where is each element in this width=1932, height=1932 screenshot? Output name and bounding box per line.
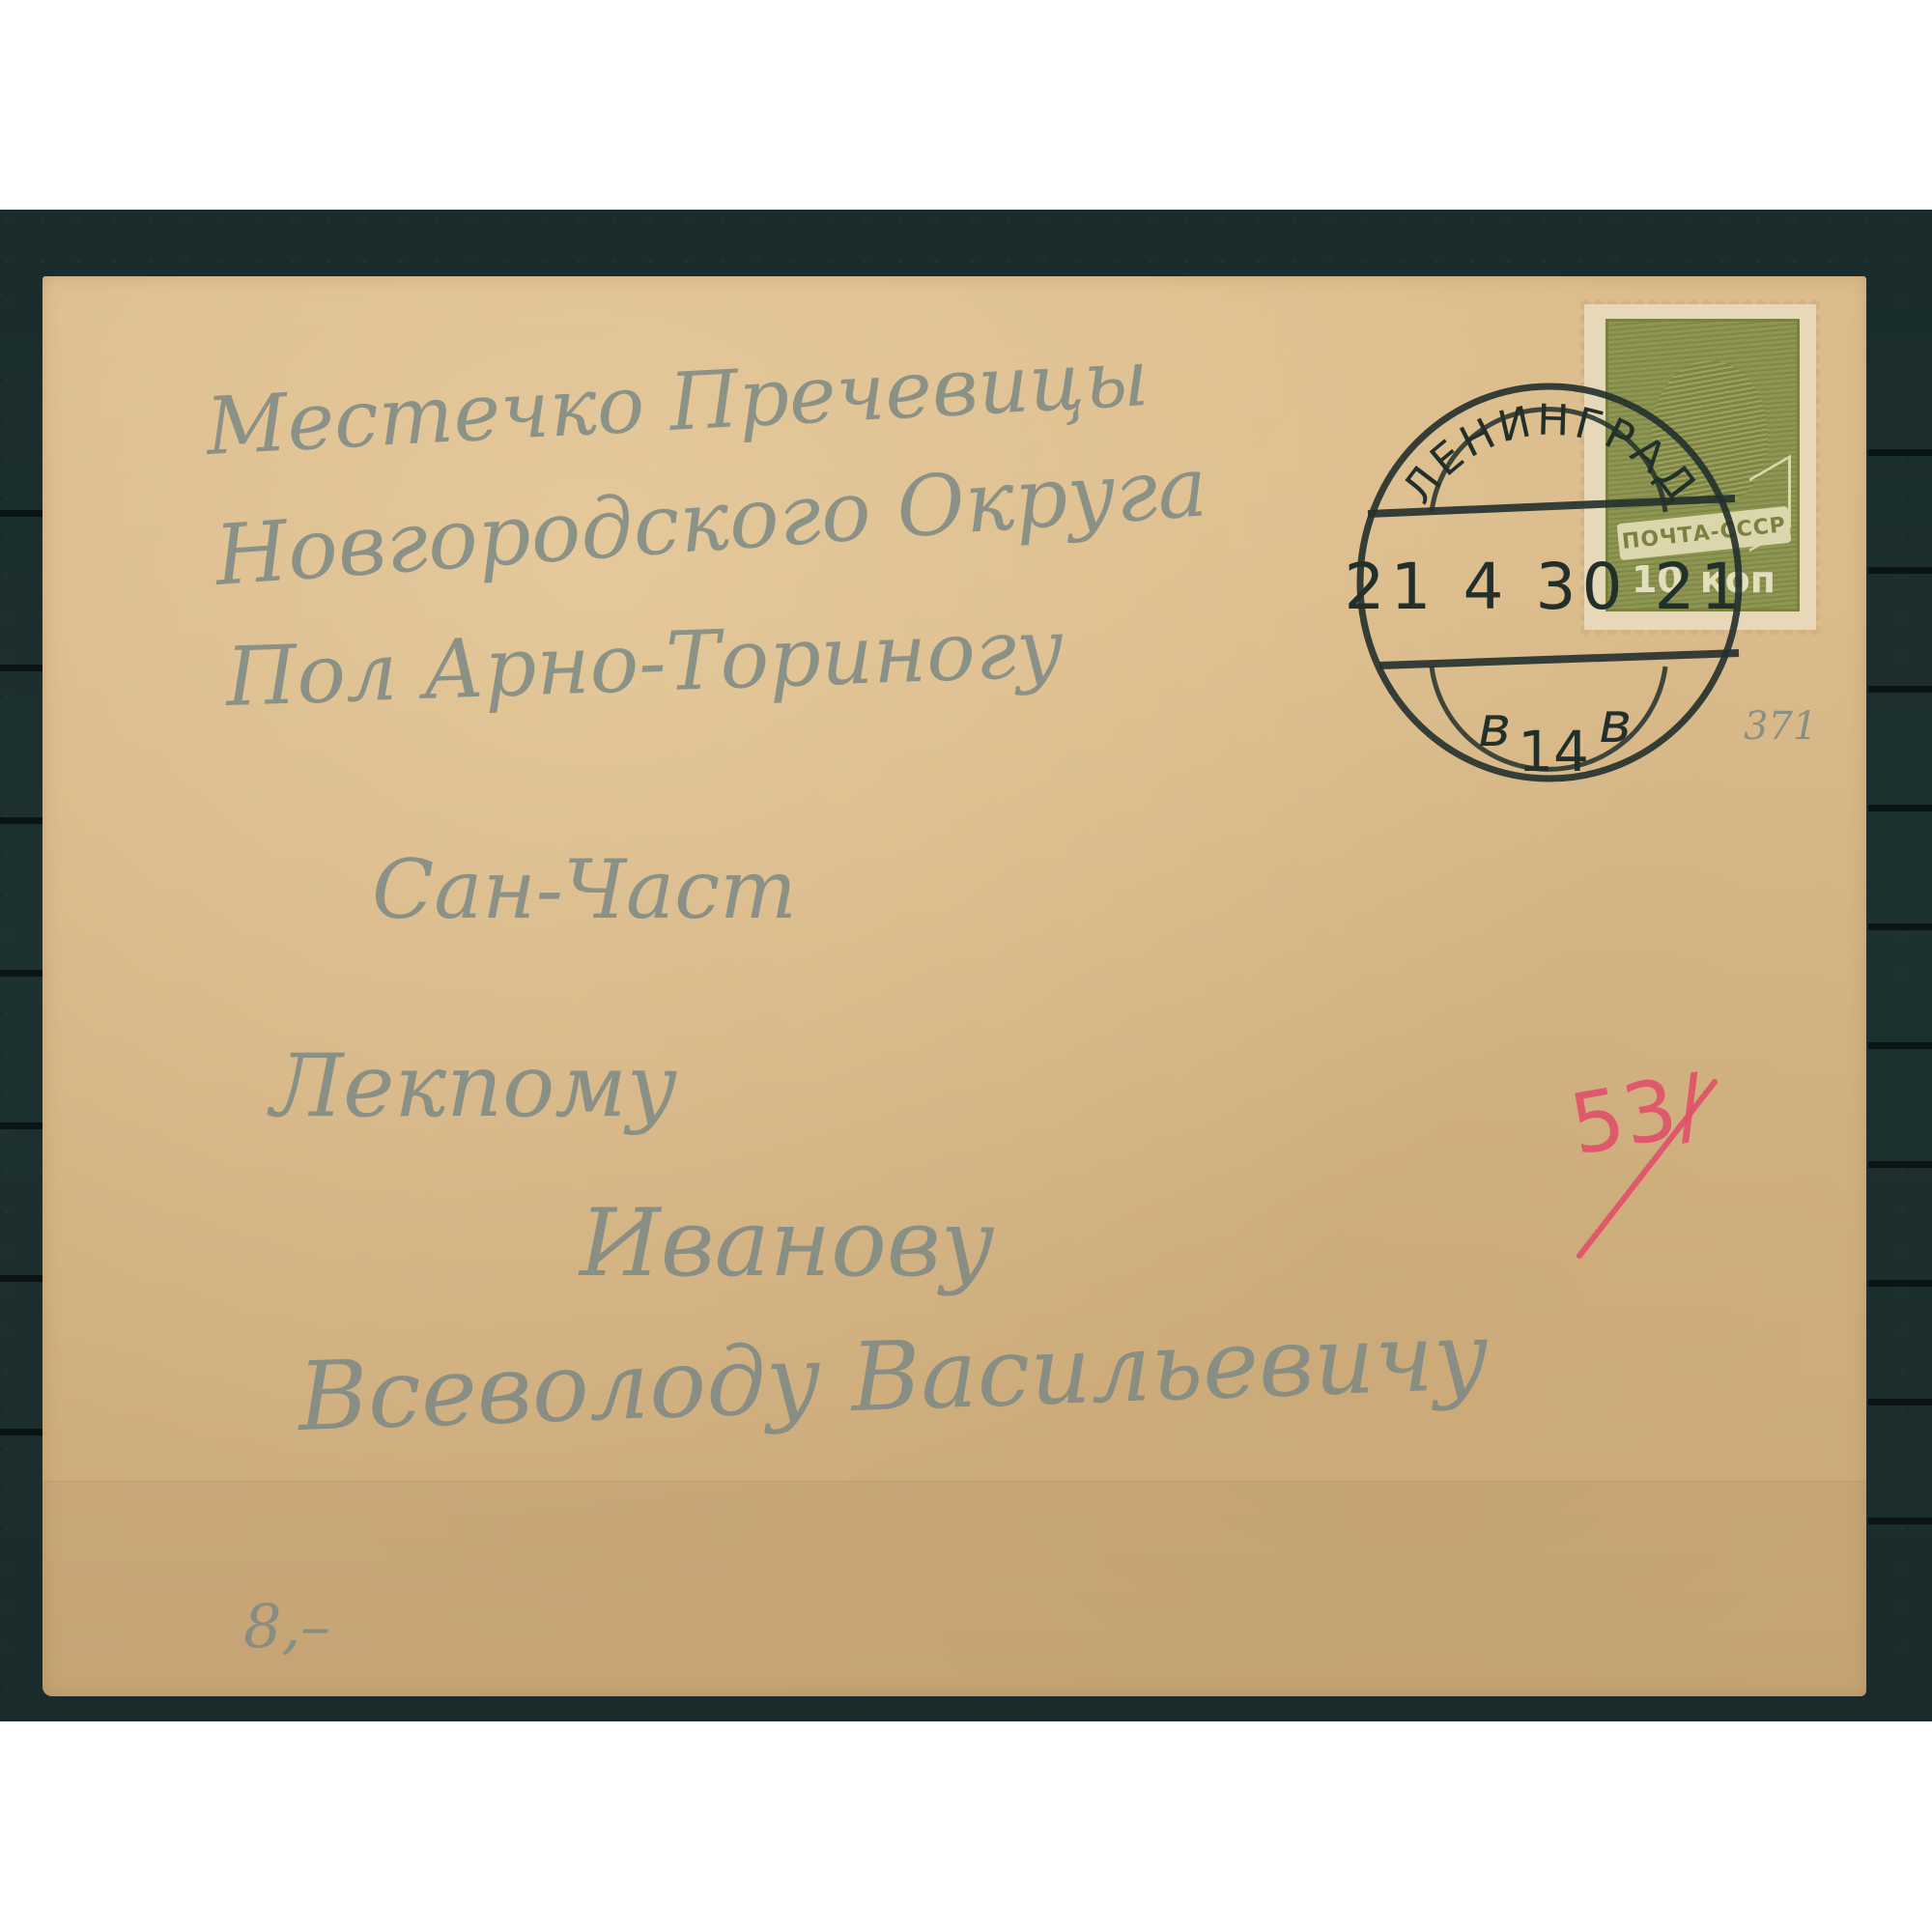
postmark-letter-left: в [1478, 694, 1511, 759]
address-line-5: Лекпому [267, 1036, 677, 1137]
postmark-city: ЛЕНИНГРАД [1393, 396, 1707, 513]
catalog-number: 371 [1744, 704, 1817, 749]
postmark-letter-right: в [1599, 690, 1632, 755]
ink-overlay: Местечко Пречевицы Новгородского Округа … [0, 0, 1932, 1932]
address-line-7: Всеволоду Васильевичу [295, 1301, 1491, 1453]
red-crayon-mark: 53/ [1563, 1056, 1715, 1256]
postmark-date: 21 4 30 21 [1345, 550, 1747, 624]
address-line-6: Иванову [578, 1189, 995, 1297]
address-line-3: Пол Арно-Ториногу [222, 601, 1065, 724]
price-note: 8,– [243, 1591, 330, 1662]
address-line-4: Сан-Част [372, 842, 797, 937]
handwritten-address: Местечко Пречевицы Новгородского Округа … [202, 332, 1491, 1453]
postmark-office-number: 14 [1518, 719, 1589, 784]
